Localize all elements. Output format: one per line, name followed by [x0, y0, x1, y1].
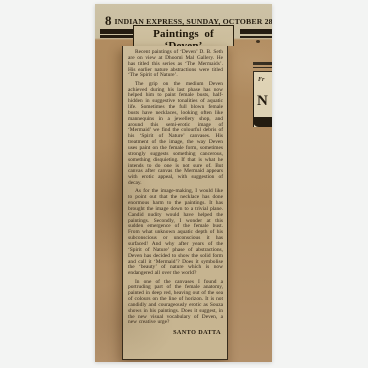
- right-double-rule: [240, 29, 272, 38]
- article-paragraph-2: The grip on the medium Deven achieved du…: [128, 82, 223, 187]
- scan-background: 8INDIAN EXPRESS, SUNDAY, OCTOBER 28, 199…: [0, 0, 368, 368]
- adjacent-clipping-fragment: Fr N: [253, 62, 272, 127]
- left-double-rule: [100, 29, 137, 38]
- fragment-masthead-box: Fr N: [253, 71, 272, 127]
- article-headline-box: Paintings of ‘Deven’: [133, 25, 234, 46]
- article-paragraph-1: Recent paintings of ‘Deven’ D. B. Seth a…: [128, 50, 223, 79]
- fragment-black-bar: [253, 117, 273, 127]
- page-number: 8: [105, 13, 112, 28]
- fragment-large-letter: N: [257, 93, 268, 110]
- article-paragraph-4: In one of the canvases I found a portrud…: [128, 280, 223, 327]
- article-byline: SANTO DATTA: [128, 329, 223, 336]
- fragment-double-rule: [253, 62, 272, 68]
- album-page: 8INDIAN EXPRESS, SUNDAY, OCTOBER 28, 199…: [95, 4, 272, 362]
- article-paragraph-3: As for the image-making, I would like to…: [128, 189, 223, 277]
- article-column: Recent paintings of ‘Deven’ D. B. Seth a…: [122, 46, 228, 360]
- ink-speck: [256, 40, 260, 43]
- fragment-small-text: Fr: [258, 77, 264, 83]
